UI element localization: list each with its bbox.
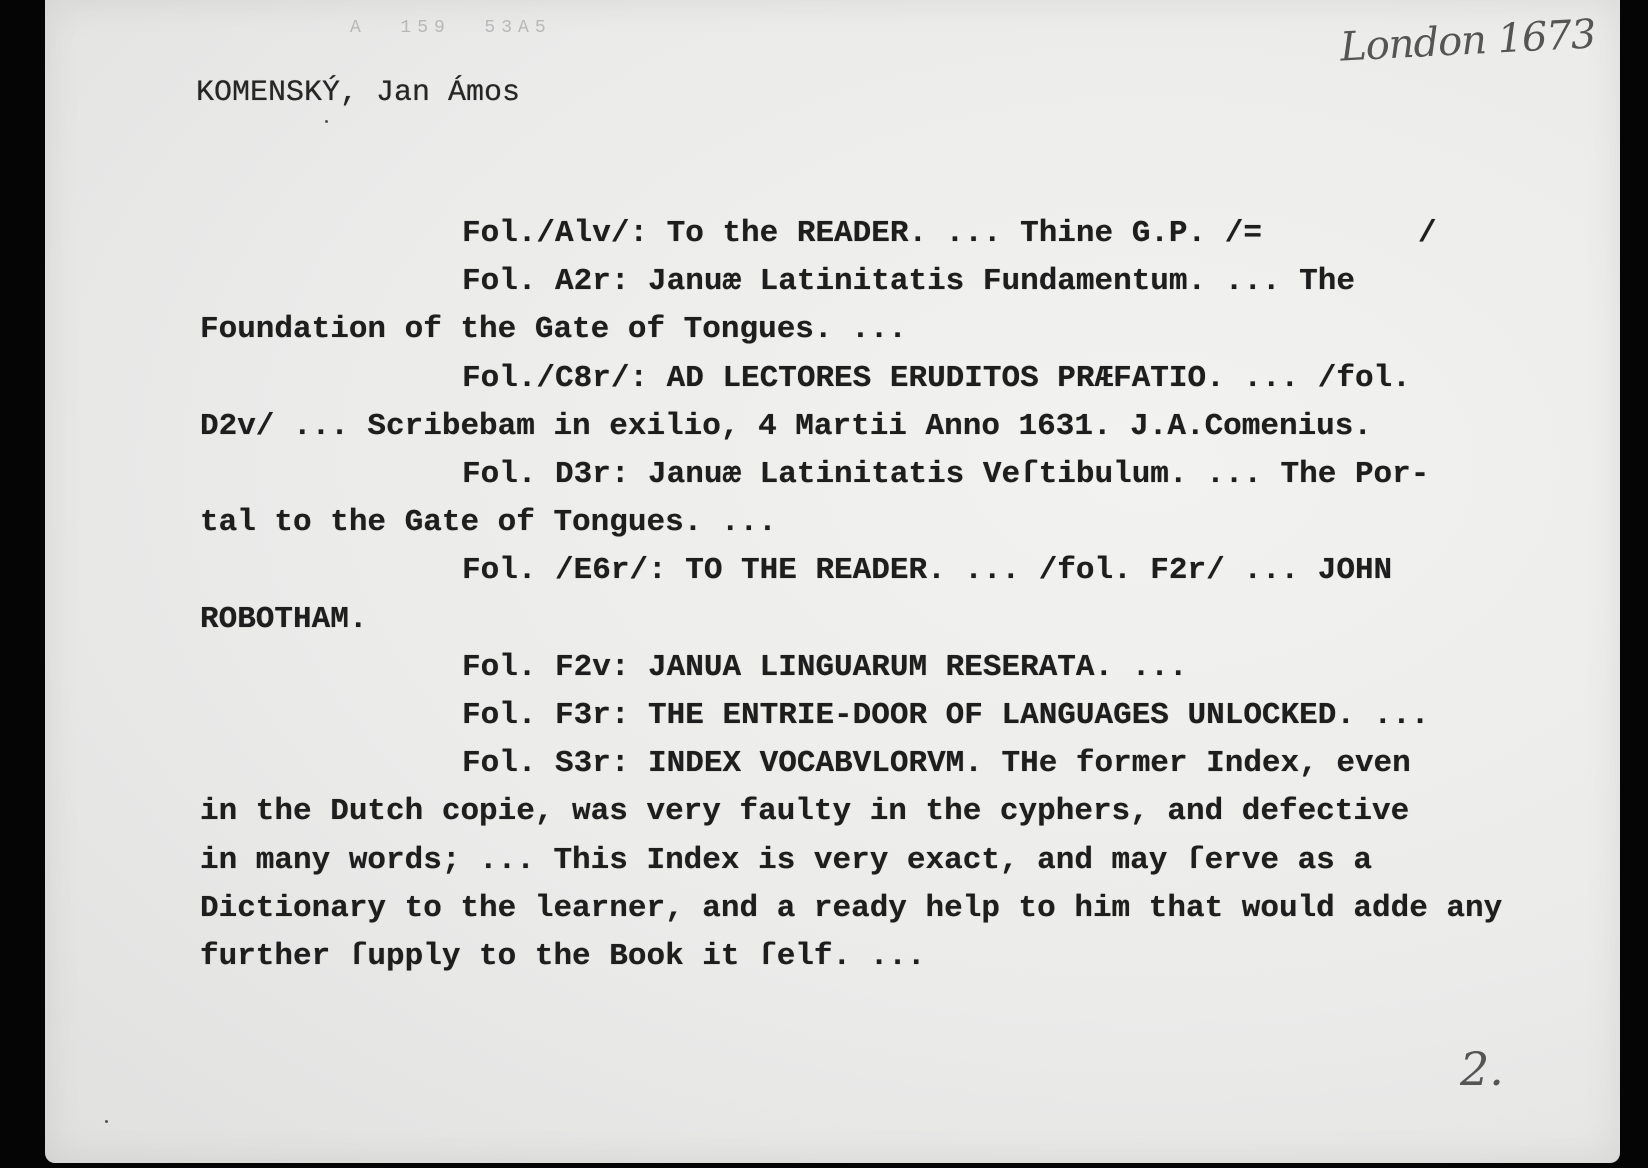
card-text-line: Dictionary to the learner, and a ready h… <box>200 893 1502 924</box>
handwritten-place-date: London 1673 <box>1339 11 1596 70</box>
card-text-line: Fol./Alv/: To the READER. ... Thine G.P.… <box>462 218 1262 249</box>
scanned-catalog-card-image: A 159 53A5 London 1673 KOMENSKÝ, Jan Ámo… <box>0 0 1648 1168</box>
catalog-card: A 159 53A5 London 1673 KOMENSKÝ, Jan Ámo… <box>45 0 1620 1163</box>
card-text-line: ROBOTHAM. <box>200 604 367 635</box>
author-heading: KOMENSKÝ, Jan Ámos <box>196 78 520 108</box>
ink-speck <box>325 120 328 123</box>
card-text-line: Fol. S3r: INDEX VOCABVLORVM. THe former … <box>462 748 1411 779</box>
card-text-line: Fol. F2v: JANUA LINGUARUM RESERATA. ... <box>462 652 1188 683</box>
card-text-line: in the Dutch copie, was very faulty in t… <box>200 796 1409 827</box>
card-text-line: Fol. D3r: Januæ Latinitatis Veſtibulum. … <box>462 459 1429 490</box>
card-text-line: D2v/ ... Scribebam in exilio, 4 Martii A… <box>200 411 1372 442</box>
card-text-line: Fol. F3r: THE ENTRIE-DOOR OF LANGUAGES U… <box>462 700 1429 731</box>
card-text-line: Fol. /E6r/: TO THE READER. ... /fol. F2r… <box>462 555 1392 586</box>
handwritten-card-number: 2. <box>1460 1042 1504 1096</box>
card-text-line: Fol. A2r: Januæ Latinitatis Fundamentum.… <box>462 266 1355 297</box>
ink-speck <box>105 1120 108 1123</box>
card-text-line: further ſupply to the Book it ſelf. ... <box>200 941 926 972</box>
card-text-line: tal to the Gate of Tongues. ... <box>200 507 777 538</box>
card-text-line: in many words; ... This Index is very ex… <box>200 845 1372 876</box>
faint-stamp-text: A 159 53A5 <box>350 18 552 38</box>
card-text-line: Foundation of the Gate of Tongues. ... <box>200 314 907 345</box>
card-text-line: Fol./C8r/: AD LECTORES ERUDITOS PRÆFATIO… <box>462 363 1411 394</box>
card-text-line-tail: / <box>1418 218 1437 249</box>
